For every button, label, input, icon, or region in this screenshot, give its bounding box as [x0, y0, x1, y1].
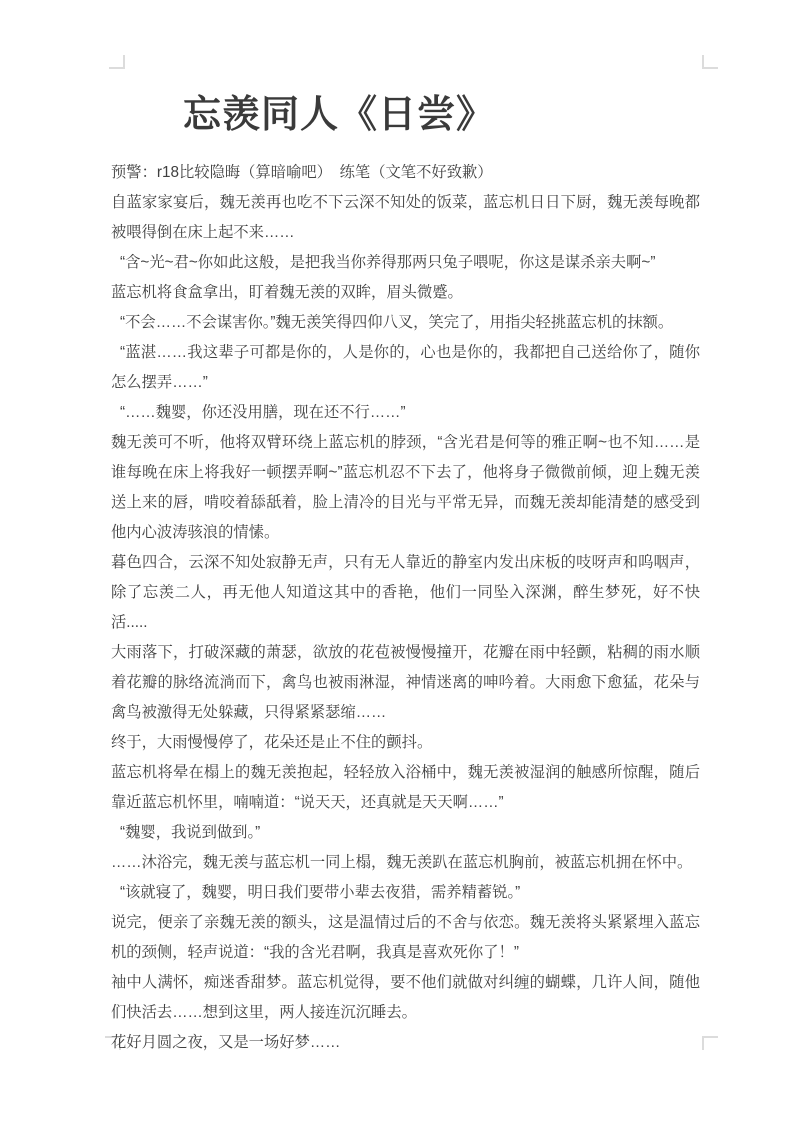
paragraph: 终于，大雨慢慢停了，花朵还是止不住的颤抖。: [111, 728, 700, 758]
paragraph: “该就寝了，魏婴，明日我们要带小辈去夜猎，需养精蓄锐。”: [111, 878, 700, 908]
paragraph: 自蓝家家宴后，魏无羡再也吃不下云深不知处的饭菜，蓝忘机日日下厨，魏无羡每晚都被喂…: [111, 188, 700, 248]
margin-crop-mark-top-right: [702, 55, 718, 69]
margin-crop-mark-top-left: [109, 55, 125, 69]
document-page: 忘羡同人《日尝》 预警：r18比较隐晦（算暗喻吧） 练笔（文笔不好致歉） 自蓝家…: [0, 0, 800, 1121]
paragraph: 蓝忘机将食盒拿出，盯着魏无羡的双眸，眉头微蹙。: [111, 278, 700, 308]
margin-crop-mark-bottom-right: [702, 1036, 718, 1050]
paragraph: 暮色四合，云深不知处寂静无声，只有无人靠近的静室内发出床板的吱呀声和呜咽声，除了…: [111, 548, 700, 638]
page-title: 忘羡同人《日尝》: [111, 92, 700, 138]
paragraph: 袖中人满怀，痴迷香甜梦。蓝忘机觉得，要不他们就做对纠缠的蝴蝶，几许人间，随他们快…: [111, 968, 700, 1028]
paragraph: 说完，便亲了亲魏无羡的额头，这是温情过后的不舍与依恋。魏无羡将头紧紧埋入蓝忘机的…: [111, 908, 700, 968]
article-body: 自蓝家家宴后，魏无羡再也吃不下云深不知处的饭菜，蓝忘机日日下厨，魏无羡每晚都被喂…: [111, 188, 700, 1058]
paragraph: “……魏婴，你还没用膳，现在还不行……”: [111, 398, 700, 428]
paragraph: ……沐浴完，魏无羡与蓝忘机一同上榻，魏无羡趴在蓝忘机胸前，被蓝忘机拥在怀中。: [111, 848, 700, 878]
paragraph: 大雨落下，打破深藏的萧瑟，欲放的花苞被慢慢撞开，花瓣在雨中轻颤，粘稠的雨水顺着花…: [111, 638, 700, 728]
paragraph: “魏婴，我说到做到。”: [111, 818, 700, 848]
paragraph: “蓝湛……我这辈子可都是你的，人是你的，心也是你的，我都把自己送给你了，随你怎么…: [111, 338, 700, 398]
paragraph: 蓝忘机将晕在榻上的魏无羡抱起，轻轻放入浴桶中，魏无羡被湿润的触感所惊醒，随后靠近…: [111, 758, 700, 818]
content-warning: 预警：r18比较隐晦（算暗喻吧） 练笔（文笔不好致歉）: [111, 158, 700, 188]
document-content: 忘羡同人《日尝》 预警：r18比较隐晦（算暗喻吧） 练笔（文笔不好致歉） 自蓝家…: [111, 92, 700, 1058]
paragraph: “含~光~君~你如此这般，是把我当你养得那两只兔子喂呢，你这是谋杀亲夫啊~”: [111, 248, 700, 278]
paragraph: “不会……不会谋害你。”魏无羡笑得四仰八叉，笑完了，用指尖轻挑蓝忘机的抹额。: [111, 308, 700, 338]
paragraph: 花好月圆之夜，又是一场好梦……: [111, 1028, 700, 1058]
paragraph: 魏无羡可不听，他将双臂环绕上蓝忘机的脖颈，“含光君是何等的雅正啊~也不知……是谁…: [111, 428, 700, 548]
